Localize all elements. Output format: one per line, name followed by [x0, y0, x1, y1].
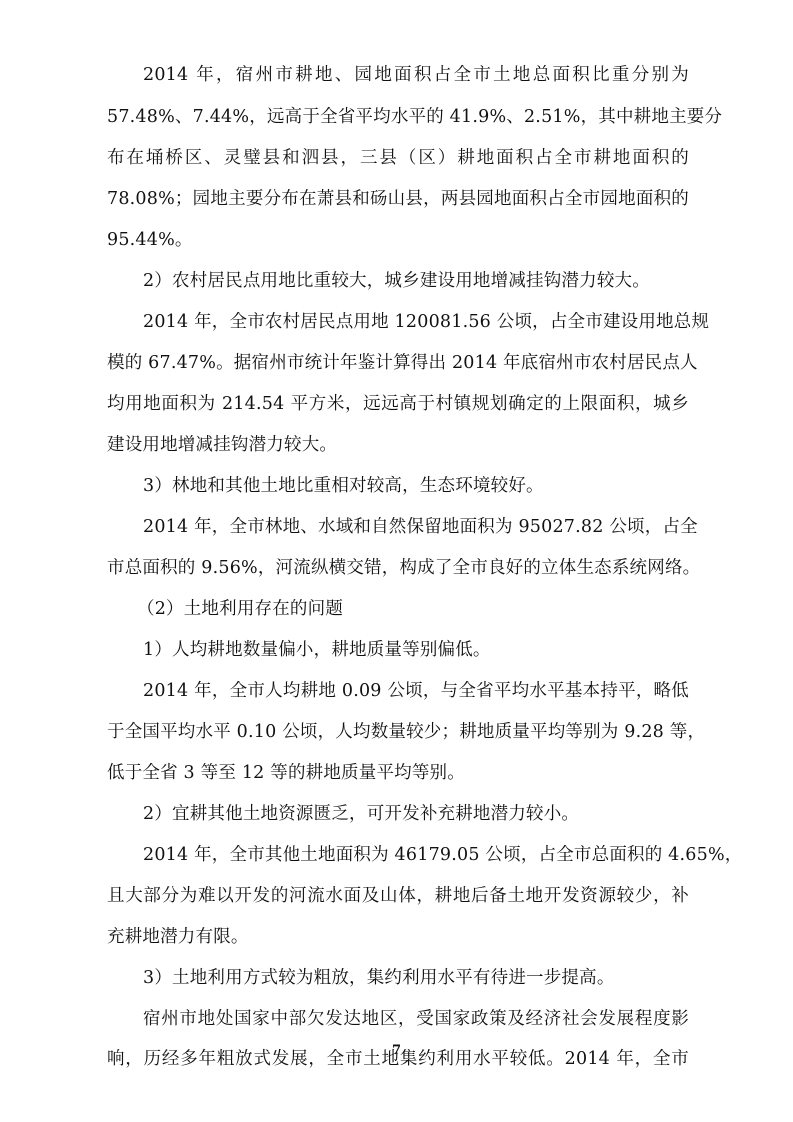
text-line: 1）人均耕地数量偏小，耕地质量等别偏低。 [107, 635, 689, 665]
text-line: 建设用地增减挂钩潜力较大。 [107, 430, 689, 460]
text-line: 2014 年，全市其他土地面积为 46179.05 公顷，占全市总面积的 4.6… [107, 840, 689, 870]
document-page: 2014 年，宿州市耕地、园地面积占全市土地总面积比重分别为57.48%、7.4… [0, 0, 793, 1122]
text-line: 78.08%；园地主要分布在萧县和砀山县，两县园地面积占全市园地面积的 [107, 184, 689, 214]
text-line: 2014 年，宿州市耕地、园地面积占全市土地总面积比重分别为 [107, 60, 689, 90]
text-line: 均用地面积为 214.54 平方米，远远高于村镇规划确定的上限面积，城乡 [107, 389, 689, 419]
text-line: 3）林地和其他土地比重相对较高，生态环境较好。 [107, 471, 689, 501]
text-line: 2014 年，全市人均耕地 0.09 公顷，与全省平均水平基本持平，略低 [107, 676, 689, 706]
text-line: 2）农村居民点用地比重较大，城乡建设用地增减挂钩潜力较大。 [107, 266, 689, 296]
text-line: 3）土地利用方式较为粗放，集约利用水平有待进一步提高。 [107, 963, 689, 993]
text-line: 布在埇桥区、灵璧县和泗县，三县（区）耕地面积占全市耕地面积的 [107, 143, 689, 173]
text-line: 57.48%、7.44%，远高于全省平均水平的 41.9%、2.51%，其中耕地… [107, 102, 689, 132]
text-line: 低于全省 3 等至 12 等的耕地质量平均等别。 [107, 758, 689, 788]
text-line: 且大部分为难以开发的河流水面及山体，耕地后备土地开发资源较少，补 [107, 881, 689, 911]
text-line: 95.44%。 [107, 225, 689, 255]
text-line: 2014 年，全市林地、水域和自然保留地面积为 95027.82 公顷，占全 [107, 512, 689, 542]
text-line: 模的 67.47%。据宿州市统计年鉴计算得出 2014 年底宿州市农村居民点人 [107, 348, 689, 378]
text-line: 2）宜耕其他土地资源匮乏，可开发补充耕地潜力较小。 [107, 799, 689, 829]
text-line: 宿州市地处国家中部欠发达地区，受国家政策及经济社会发展程度影 [107, 1004, 689, 1034]
page-number: 7 [0, 1043, 793, 1058]
text-line: （2）土地利用存在的问题 [107, 594, 689, 624]
text-line: 于全国平均水平 0.10 公顷，人均数量较少；耕地质量平均等别为 9.28 等， [107, 717, 689, 747]
text-line: 2014 年，全市农村居民点用地 120081.56 公顷，占全市建设用地总规 [107, 307, 689, 337]
text-line: 充耕地潜力有限。 [107, 922, 689, 952]
text-line: 市总面积的 9.56%，河流纵横交错，构成了全市良好的立体生态系统网络。 [107, 553, 689, 583]
